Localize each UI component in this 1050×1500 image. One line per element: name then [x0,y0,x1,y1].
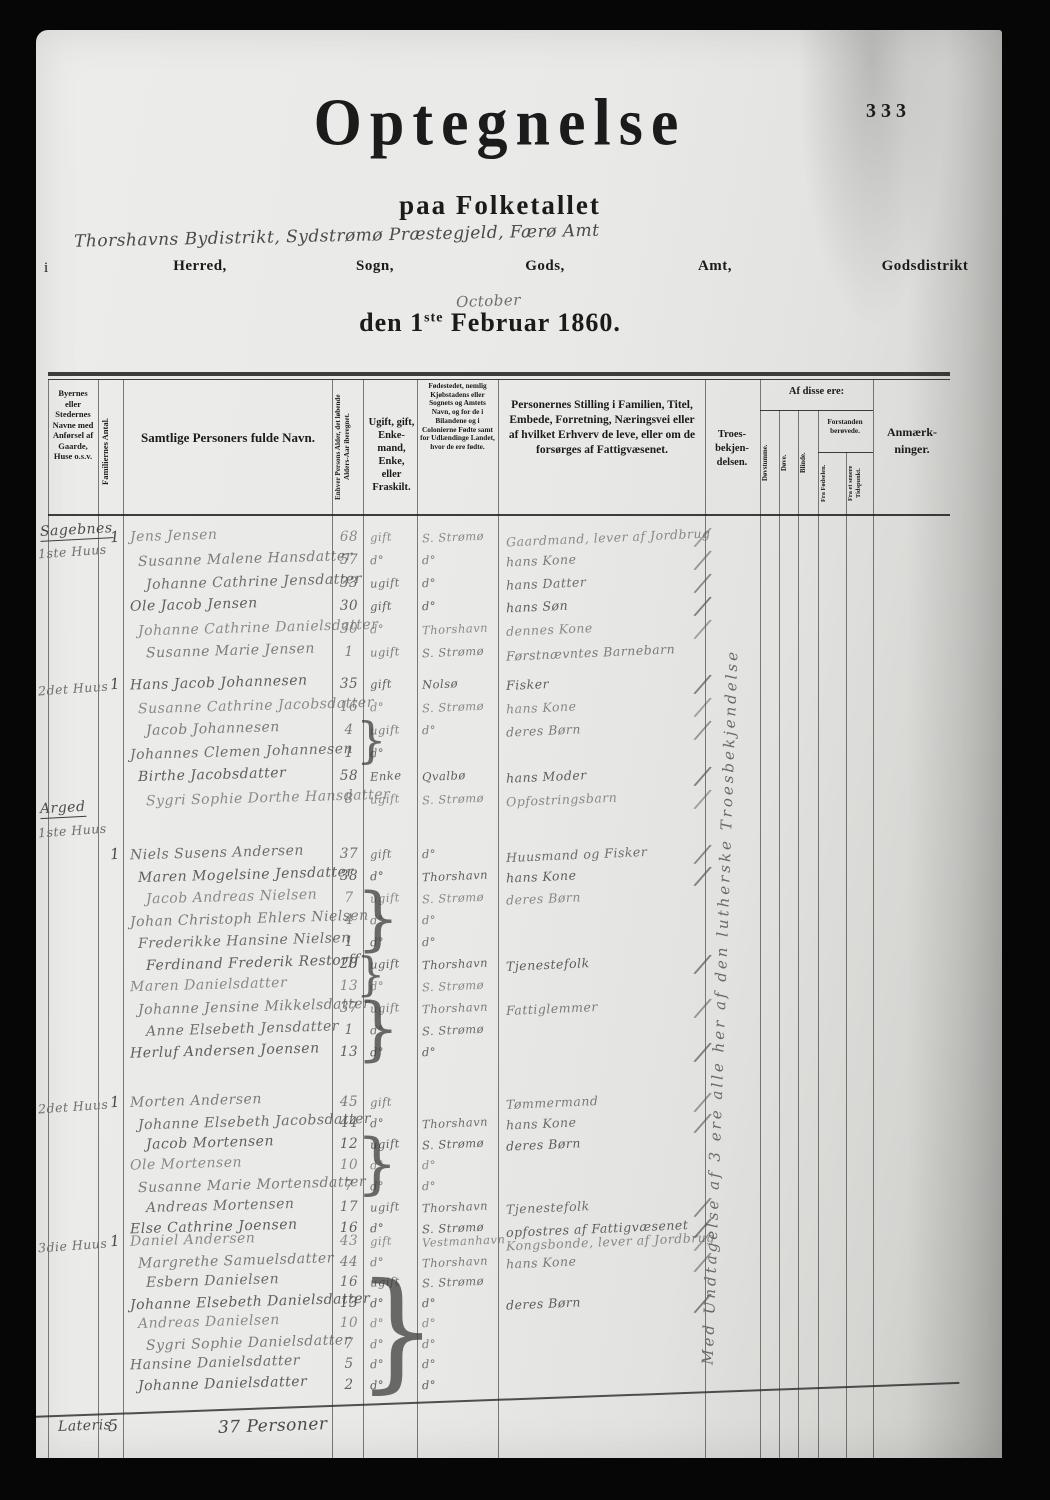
person-occupation: hans Kone [506,1114,577,1132]
person-occupation: deres Børn [506,721,581,739]
field-label-amt: Amt, [665,258,765,275]
person-birthplace: Nolsø [422,676,459,692]
place-label: Sagebnes [40,520,113,542]
person-birthplace: S. Strømø [422,699,485,716]
row-rule [48,514,950,516]
person-occupation: deres Børn [506,1135,581,1153]
age-brace: } [356,1270,438,1393]
col-header-deaf: Døve. [781,418,797,508]
column-rule [846,452,847,1458]
field-label-sogn: Sogn, [325,258,425,275]
field-label-gods: Gods, [495,258,595,275]
document-subtitle: paa Folketallet [200,190,800,221]
person-marital: ugift [370,791,401,807]
person-name: Daniel Andersen [130,1230,256,1249]
person-birthplace: Thorshavn [422,956,489,973]
person-age: 1 [334,644,364,660]
person-occupation: Huusmand og Fisker [506,844,648,865]
person-birthplace: Thorshavn [422,1115,489,1132]
person-name: Johanne Danielsdatter [138,1373,308,1394]
person-occupation: hans Kone [506,1253,577,1271]
person-birthplace: d° [422,576,437,591]
col-header-families: Familiernes Antal. [100,392,120,510]
person-marital: gift [370,1094,393,1109]
person-name: Susanne Marie Jensen [146,641,315,662]
person-name: Jacob Johannesen [146,719,280,739]
col-header-of-these: Af disse ere: [760,386,873,397]
person-occupation: hans Kone [506,698,577,716]
person-age: 43 [334,1233,364,1249]
col-header-marital: Ugift, gift, Enke- mand, Enke, eller Fra… [368,416,415,494]
religion-tick: / [694,992,711,1024]
col-header-blind: Blinde. [800,418,816,508]
person-name: Herluf Andersen Joensen [130,1040,320,1061]
date-day: 1 [410,308,424,337]
person-birthplace: S. Strømø [422,644,485,661]
scan-gutter-shadow [907,30,1002,1458]
column-rule [873,379,874,1458]
person-name: Jens Jensen [130,527,218,545]
age-brace: } [356,996,400,1062]
person-name: Sygri Sophie Danielsdatter [146,1332,351,1354]
person-occupation: hans Søn [506,598,569,616]
person-marital: d° [370,622,385,637]
person-name: Margrethe Samuelsdatter [138,1250,334,1271]
screenshot-root: { "document": { "page_number": "333", "t… [0,0,1050,1500]
person-age: 35 [334,676,364,692]
col-header-place: Byernes eller Stedernes Navne med Anførs… [50,388,96,462]
person-name: Maren Mogelsine Jensdatter [138,864,354,886]
person-age: 30 [334,621,364,637]
col-header-insane-group: Forstanden berøvede. [818,418,872,435]
footer-families-total: 5 [108,1416,120,1436]
date-prefix: den [359,308,402,337]
column-rule [798,410,799,1458]
person-marital: gift [370,598,393,613]
person-name: Frederikke Hansine Nielsen [138,930,351,952]
scanned-census-page: 333 Optegnelse paa Folketallet Thorshavn… [36,30,1002,1458]
person-occupation: Fisker [506,676,550,693]
person-name: Birthe Jacobsdatter [138,765,287,785]
field-label-herred: Herred, [150,258,250,275]
col-header-from-birth: Fra Fødselen. [820,456,845,511]
person-birthplace: d° [422,1158,437,1173]
person-birthplace: Thorshavn [422,1000,489,1017]
column-rule [98,379,99,1458]
person-occupation: deres Børn [506,1294,581,1312]
person-birthplace: d° [422,847,437,862]
person-occupation: Tømmermand [506,1093,599,1112]
person-name: Andreas Mortensen [146,1196,295,1216]
person-occupation: Tjenestefolk [506,955,590,974]
page-number: 333 [866,100,986,123]
col-header-birthplace: Fødestedet, nemlig Kjøbstadens eller Sog… [420,382,495,452]
family-count: 1 [109,1093,121,1112]
person-name: Hans Jacob Johannesen [130,673,308,694]
person-occupation: Gaardmand, lever af Jordbrug [506,526,711,550]
person-name: Jacob Andreas Nielsen [146,887,318,908]
family-count: 1 [109,528,121,547]
row-rule [818,452,873,453]
person-birthplace: d° [422,1045,437,1060]
field-label-godsdistrikt: Godsdistrikt [850,258,1000,275]
person-birthplace: Thorshavn [422,1199,489,1216]
person-marital: gift [370,676,393,691]
person-marital: ugift [370,575,401,591]
person-birthplace: d° [422,723,437,738]
column-rule [779,410,780,1458]
person-occupation: Tjenestefolk [506,1198,590,1217]
person-occupation: Førstnævntes Barnebarn [506,641,676,663]
person-name: Ole Jacob Jensen [130,595,258,615]
person-name: Hansine Danielsdatter [130,1353,300,1374]
place-label: Arged [40,799,86,819]
person-name: Susanne Malene Hansdatter [138,548,353,570]
column-rule [498,379,499,1458]
age-brace: } [356,886,400,952]
person-age: 45 [334,1094,364,1110]
person-age: 58 [334,768,364,784]
date-rest: Februar 1860. [451,308,621,337]
footer-persons-total: 37 Personer [218,1414,328,1438]
person-marital: Enke [370,768,402,784]
col-header-from-later: Fra et senere Tidspunkt. [847,456,872,511]
person-age: 30 [334,598,364,614]
date-line: den 1ste Februar 1860. [190,308,790,338]
person-name: Johanne Cathrine Jensdatter [146,571,362,593]
person-age: 57 [334,552,364,568]
document-title: Optegnelse [170,85,830,162]
person-name: Ole Mortensen [130,1154,242,1173]
col-header-name: Samtlige Personers fulde Navn. [130,430,326,446]
family-count: 1 [109,1232,121,1251]
column-rule [760,379,761,1458]
person-marital: gift [370,846,393,861]
col-header-religion: Troes- bekjen- delsen. [706,428,758,470]
person-occupation: hans Moder [506,767,587,786]
person-name: Niels Susens Andersen [130,843,304,864]
person-name: Jacob Mortensen [146,1133,274,1153]
person-occupation: Opfostringsbarn [506,790,618,810]
person-age: 68 [334,529,364,545]
row-rule [48,379,950,380]
person-birthplace: Qvalbø [422,768,466,784]
person-birthplace: d° [422,935,437,950]
date-day-suffix: ste [424,310,443,325]
person-occupation: hans Kone [506,867,577,885]
person-birthplace: S. Strømø [422,890,485,907]
col-header-deaf-mute: Døvstumme. [762,418,778,508]
person-birthplace: d° [422,1179,437,1194]
person-occupation: Fattiglemmer [506,999,598,1018]
column-rule [123,379,124,1458]
person-birthplace: S. Strømø [422,1136,485,1153]
person-name: Ferdinand Frederik Restorff [146,952,360,974]
person-occupation: hans Datter [506,574,587,592]
footer-lateris-label: Lateris [58,1417,112,1435]
column-rule [818,410,819,1458]
person-marital: gift [370,1233,393,1248]
person-birthplace: S. Strømø [422,791,485,808]
family-count: 1 [109,845,121,864]
person-birthplace: d° [422,553,437,568]
person-age: 8 [334,791,364,807]
person-birthplace: S. Strømø [422,978,485,995]
person-name: Esbern Danielsen [146,1271,280,1291]
person-marital: ugift [370,644,401,660]
age-brace: } [356,1132,398,1195]
person-occupation: deres Børn [506,889,581,907]
person-name: Johannes Clemen Johannesen [130,741,353,763]
prefix-i: i [44,260,49,277]
person-name: Maren Danielsdatter [130,975,288,995]
person-birthplace: Thorshavn [422,868,489,885]
person-birthplace: d° [422,913,437,928]
religion-tick: / [694,948,711,980]
age-brace: } [356,718,387,764]
row-rule [48,372,950,376]
person-birthplace: S. Strømø [422,1022,485,1039]
person-occupation: dennes Kone [506,620,593,639]
person-name: Anne Elsebeth Jensdatter [146,1018,339,1039]
person-marital: d° [370,553,385,568]
person-occupation: hans Kone [506,551,577,569]
col-header-position: Personernes Stilling i Familien, Titel, … [504,398,700,458]
person-age: 33 [334,575,364,591]
col-header-age: Enhver Persons Alder, det løbende Alders… [334,384,360,510]
scan-stain [797,30,947,330]
person-name: Morten Andersen [130,1091,262,1111]
col-header-remarks: Anmærk- ninger. [876,424,948,458]
family-count: 1 [109,675,121,694]
person-birthplace: Thorshavn [422,621,489,638]
person-birthplace: Vestmanhavn [422,1232,506,1250]
person-name: Andreas Danielsen [138,1312,280,1332]
person-birthplace: d° [422,599,437,614]
person-birthplace: S. Strømø [422,529,485,546]
person-marital: gift [370,529,393,544]
person-age: 37 [334,846,364,862]
row-rule [760,410,873,411]
